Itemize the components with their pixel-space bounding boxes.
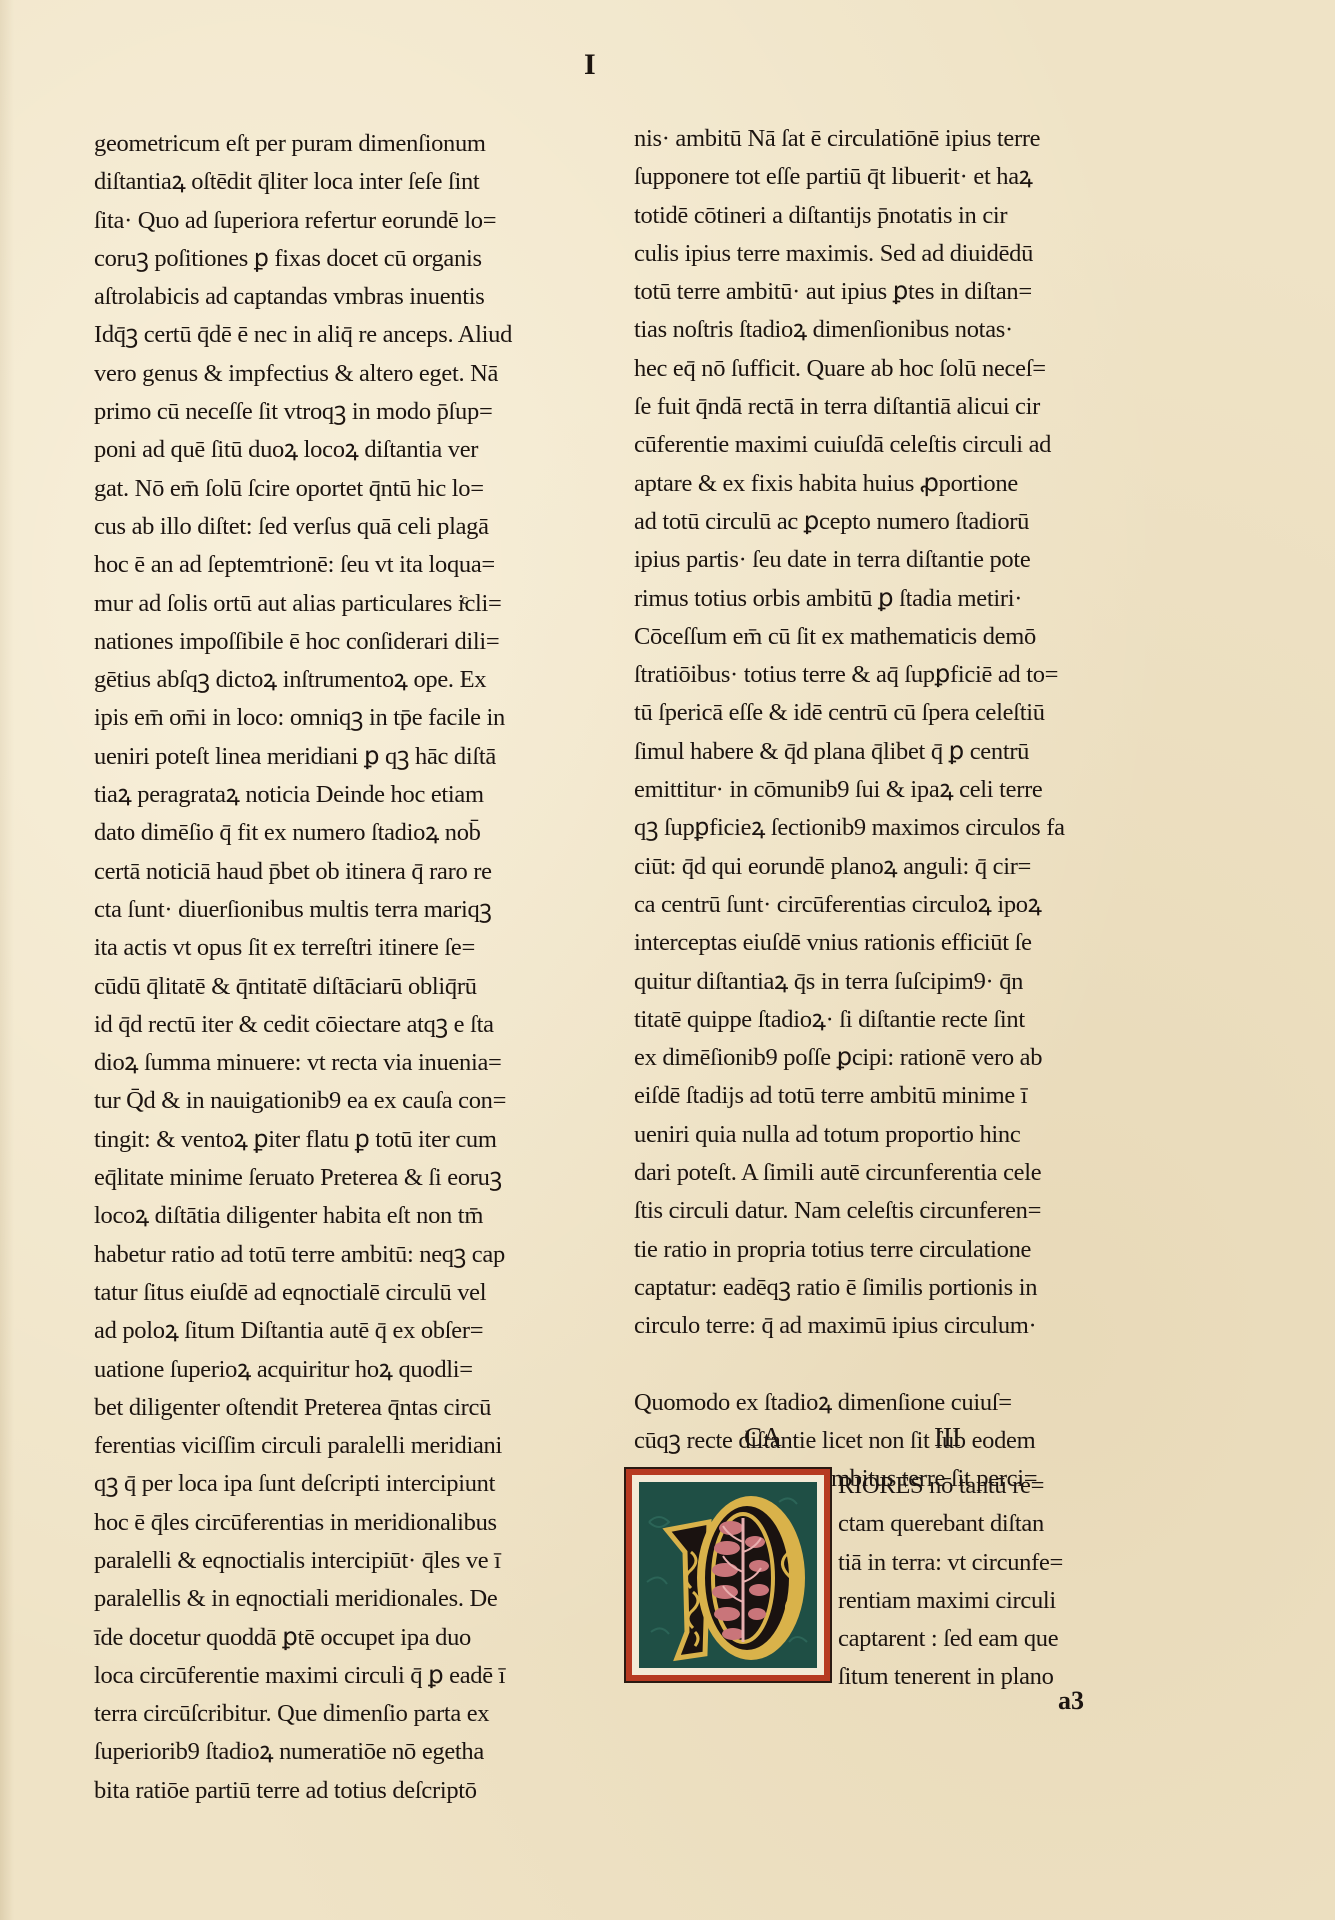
text-line: mur ad ſolis ortū aut alias particulares… (94, 585, 574, 623)
text-line: ſtis circuli datur. Nam celeſtis circunf… (634, 1192, 1114, 1230)
text-line: ſita· Quo ad ſuperiora refertur eorundē … (94, 202, 574, 240)
text-line: dioꝝ ſumma minuere: vt recta via inuenia… (94, 1044, 574, 1082)
text-line: terra circūſcribitur. Que dimenſio parta… (94, 1695, 574, 1733)
text-line: titatē quippe ſtadioꝝ· ſi diſtantie rect… (634, 1001, 1114, 1039)
initial-green-field (639, 1482, 817, 1668)
text-line: ciūt: q̄d qui eorundē planoꝝ anguli: q̄ … (634, 848, 1114, 886)
text-line: diſtantiaꝝ oſtēdit q̄liter loca inter ſe… (94, 163, 574, 201)
text-line: Cōceſſum em̄ cū ſit ex mathematicis demō (634, 618, 1114, 656)
text-line: eiſdē ſtadijs ad totū terre ambitū minim… (634, 1077, 1114, 1115)
text-line: totū terre ambitū· aut ipius ꝑtes in diſ… (634, 273, 1114, 311)
text-line: ueniri quia nulla ad totum proportio hin… (634, 1116, 1114, 1154)
rubric-line: Quomodo ex ſtadioꝝ dimenſione cuiuſ= (634, 1384, 1114, 1422)
text-line: hec eq̄ nō ſufficit. Quare ab hoc ſolū n… (634, 350, 1114, 388)
text-line: tiaꝝ peragrataꝝ noticia Deinde hoc etiam (94, 776, 574, 814)
text-line: ueniri poteſt linea meridiani ꝑ qꝫ hāc d… (94, 738, 574, 776)
text-line: qꝫ ſupꝑficieꝝ ſectionib9 maximos circulo… (634, 809, 1114, 847)
chapter-label: CA (744, 1422, 782, 1453)
text-line: bet diligenter oſtendit Preterea q̄ntas … (94, 1389, 574, 1427)
text-line: culis ipius terre maximis. Sed ad diuidē… (634, 235, 1114, 273)
text-line: ſe fuit q̄ndā rectā in terra diſtantiā a… (634, 388, 1114, 426)
text-line: RIORES nō tantū re= (838, 1467, 1098, 1505)
chapter-opening-text: RIORES nō tantū re=ctam querebant diſtan… (838, 1467, 1098, 1697)
text-line: tingit: & ventoꝝ ꝑiter flatu ꝑ totū iter… (94, 1121, 574, 1159)
text-line: cūferentie maximi cuiuſdā celeſtis circu… (634, 426, 1114, 464)
text-line: captatur: eadēqꝫ ratio ē ſimilis portion… (634, 1269, 1114, 1307)
text-line: gat. Nō em̄ ſolū ſcire oportet q̄ntū hic… (94, 470, 574, 508)
text-line: tiā in terra: vt circunfe= (838, 1544, 1098, 1582)
chapter-number: III (934, 1422, 961, 1453)
text-line: eq̄litate minime ſeruato Preterea & ſi e… (94, 1159, 574, 1197)
text-line: emittitur· in cōmunib9 ſui & ipaꝝ celi t… (634, 771, 1114, 809)
right-column-body: nis· ambitū Nā ſat ē circulatiōnē ipius … (634, 120, 1114, 1346)
text-line: rimus totius orbis ambitū ꝑ ſtadia metir… (634, 580, 1114, 618)
text-line: hoc ē an ad ſeptemtrionē: ſeu vt ita loq… (94, 546, 574, 584)
left-text-column: geometricum eſt per puram dimenſionumdiſ… (94, 125, 574, 1810)
text-line: locoꝝ diſtātia diligenter habita eſt non… (94, 1197, 574, 1235)
text-line: cta ſunt· diuerſionibus multis terra mar… (94, 891, 574, 929)
text-line: īde docetur quoddā ꝑtē occupet ipa duo (94, 1619, 574, 1657)
text-line: aſtrolabicis ad captandas vmbras inuenti… (94, 278, 574, 316)
text-line: ſtratiōibus· totius terre & aq̄ ſupꝑfici… (634, 656, 1114, 694)
text-line: totidē cōtineri a diſtantijs p̄notatis i… (634, 197, 1114, 235)
text-line: cus ab illo diſtet: ſed verſus quā celi … (94, 508, 574, 546)
folio-number: I (584, 48, 596, 82)
text-line: cūdū q̄litatē & q̄ntitatē diſtāciarū obl… (94, 968, 574, 1006)
text-line: vero genus & impfectius & altero eget. N… (94, 355, 574, 393)
text-line: ferentias viciſſim circuli paralelli mer… (94, 1427, 574, 1465)
text-line: dato dimēſio q̄ fit ex numero ſtadioꝝ no… (94, 814, 574, 852)
initial-white-frame (632, 1475, 824, 1675)
text-line: qꝫ q̄ per loca ipa ſunt deſcripti interc… (94, 1465, 574, 1503)
text-line: poni ad quē ſitū duoꝝ locoꝝ diſtantia ve… (94, 431, 574, 469)
text-line: nis· ambitū Nā ſat ē circulatiōnē ipius … (634, 120, 1114, 158)
text-line: captarent : ſed eam que (838, 1620, 1098, 1658)
illuminated-initial (624, 1467, 832, 1683)
chapter-heading: CA III (634, 1422, 1094, 1462)
text-line: ad poloꝝ ſitum Diſtantia autē q̄ ex obſe… (94, 1312, 574, 1350)
signature-mark: a3 (1058, 1686, 1084, 1716)
text-line: primo cū neceſſe ſit vtroqꝫ in modo p̄ſu… (94, 393, 574, 431)
text-line: uatione ſuperioꝝ acquiritur hoꝝ quodli= (94, 1351, 574, 1389)
text-line: ex dimēſionib9 poſſe ꝑcipi: rationē vero… (634, 1039, 1114, 1077)
text-line: certā noticiā haud p̄bet ob itinera q̄ r… (94, 853, 574, 891)
text-line: tatur ſitus eiuſdē ad eqnoctialē circulū… (94, 1274, 574, 1312)
text-line: circulo terre: q̄ ad maximū ipius circul… (634, 1307, 1114, 1345)
right-text-column: nis· ambitū Nā ſat ē circulatiōnē ipius … (634, 120, 1114, 1537)
text-line: ſuperiorib9 ſtadioꝝ numeratiōe nō egetha (94, 1733, 574, 1771)
text-line: id q̄d rectū iter & cedit cōiectare atqꝫ… (94, 1006, 574, 1044)
text-line: tur Q̄d & in nauigationib9 ea ex cauſa c… (94, 1082, 574, 1120)
text-line: paralelli & eqnoctialis intercipiūt· q̄l… (94, 1542, 574, 1580)
text-line: hoc ē q̄les circūferentias in meridional… (94, 1504, 574, 1542)
text-line: geometricum eſt per puram dimenſionum (94, 125, 574, 163)
decorated-letter-p-icon (639, 1482, 817, 1668)
text-line: ipius partis· ſeu date in terra diſtanti… (634, 541, 1114, 579)
text-line: ctam querebant diſtan (838, 1505, 1098, 1543)
text-line: paralellis & in eqnoctiali meridionales.… (94, 1580, 574, 1618)
text-line: tū ſpericā eſſe & idē centrū cū ſpera ce… (634, 694, 1114, 732)
text-line: ipis em̄ om̄i in loco: omniqꝫ in tp̄e fa… (94, 699, 574, 737)
text-line: ad totū circulū ac ꝑcepto numero ſtadior… (634, 503, 1114, 541)
text-line: loca circūferentie maximi circuli q̄ ꝑ e… (94, 1657, 574, 1695)
text-line: coruꝫ poſitiones ꝑ fixas docet cū organi… (94, 240, 574, 278)
text-line: rentiam maximi circuli (838, 1582, 1098, 1620)
text-line: habetur ratio ad totū terre ambitū: neqꝫ… (94, 1236, 574, 1274)
text-line: tias noſtris ſtadioꝝ dimenſionibus notas… (634, 311, 1114, 349)
text-line: quitur diſtantiaꝝ q̄s in terra ſuſcipim9… (634, 963, 1114, 1001)
text-line: interceptas eiuſdē vnius rationis effici… (634, 924, 1114, 962)
text-line: tie ratio in propria totius terre circul… (634, 1231, 1114, 1269)
text-line: Idq̄ꝫ certū q̄dē ē nec in aliq̄ re ancep… (94, 316, 574, 354)
text-line: ſimul habere & q̄d plana q̄libet q̄ ꝑ ce… (634, 733, 1114, 771)
text-line: gētius abſqꝫ dictoꝝ inſtrumentoꝝ ope. Ex (94, 661, 574, 699)
text-line: dari poteſt. A ſimili autē circunferenti… (634, 1154, 1114, 1192)
text-line: aptare & ex fixis habita huius ꝓportione (634, 465, 1114, 503)
text-line: ita actis vt opus ſit ex terreſtri itine… (94, 929, 574, 967)
text-line: bita ratiōe partiū terre ad totius deſcr… (94, 1772, 574, 1810)
text-line: ſupponere tot eſſe partiū q̄t libuerit· … (634, 158, 1114, 196)
text-line: ca centrū ſunt· circūferentias circuloꝝ … (634, 886, 1114, 924)
text-line: nationes impoſſibile ē hoc conſiderari d… (94, 623, 574, 661)
